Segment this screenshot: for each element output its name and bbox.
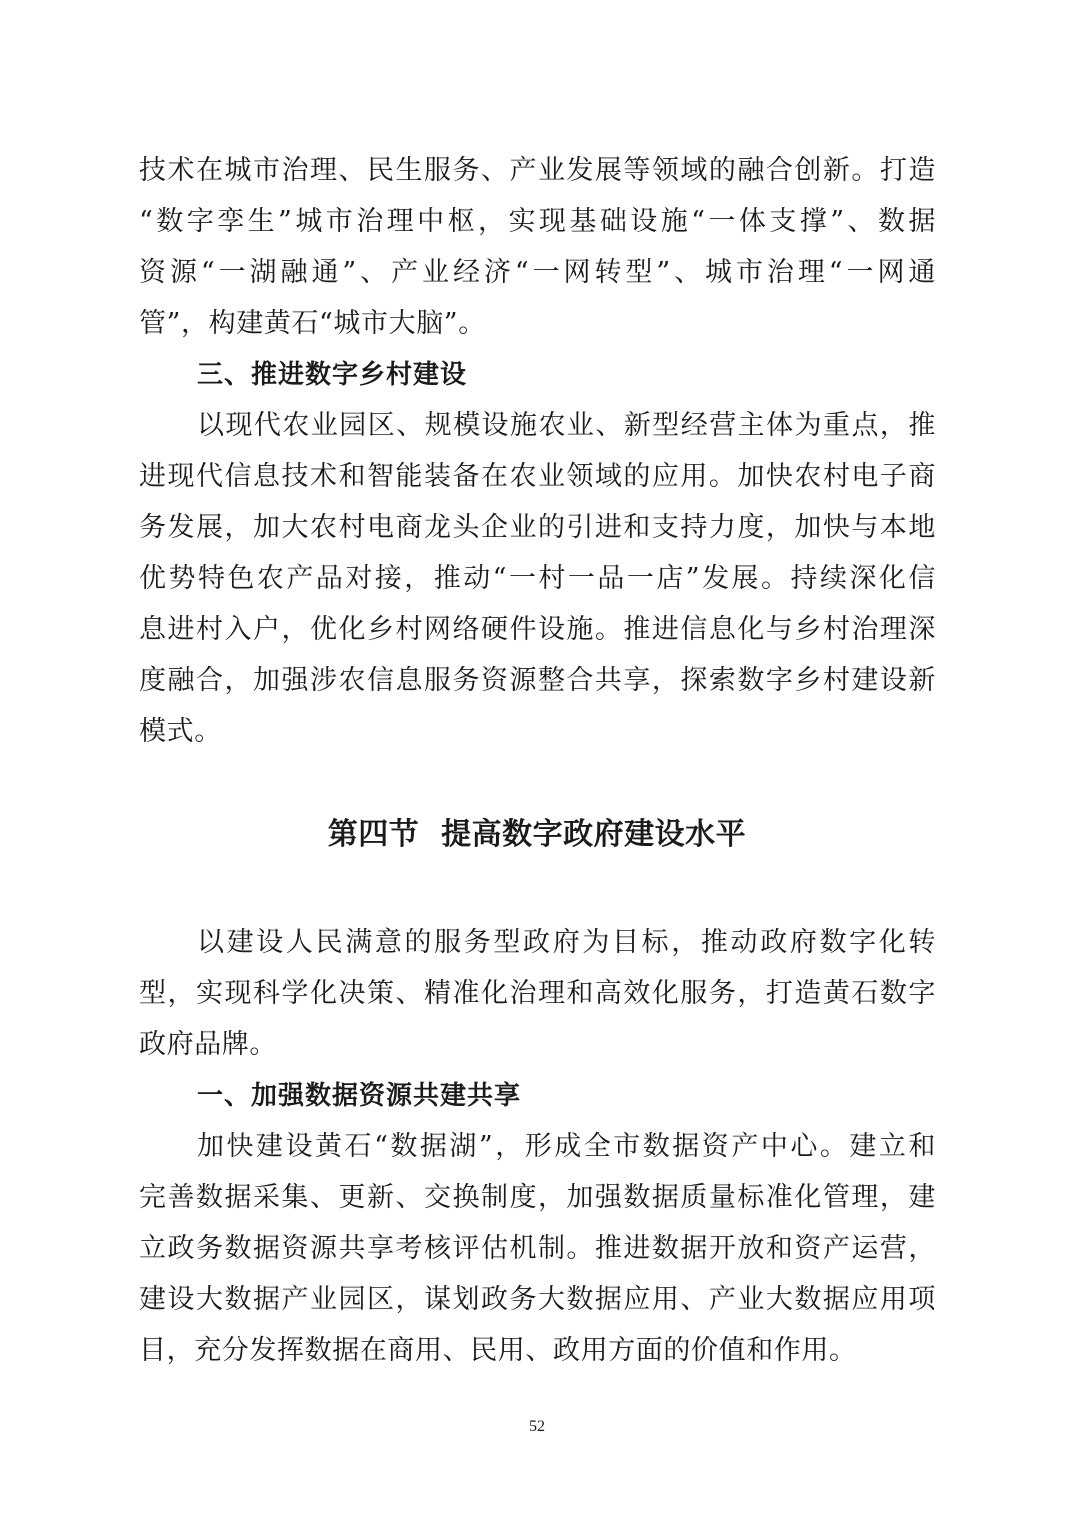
page-number: 52: [0, 1417, 1074, 1437]
text-line: 完善数据采集、更新、交换制度，加强数据质量标准化管理，建: [139, 1182, 936, 1214]
text-line: 资源“一湖融通”、产业经济“一网转型”、城市治理“一网通: [139, 257, 936, 289]
text-line: 进现代信息技术和智能装备在农业领域的应用。加快农村电子商: [139, 461, 936, 493]
text-line: 以现代农业园区、规模设施农业、新型经营主体为重点，推: [197, 410, 936, 442]
section-title: 第四节 提高数字政府建设水平: [0, 815, 1074, 855]
text-line: 建设大数据产业园区，谋划政务大数据应用、产业大数据应用项: [139, 1284, 936, 1316]
text-line: 加快建设黄石“数据湖”，形成全市数据资产中心。建立和: [197, 1131, 936, 1163]
text-line: 政府品牌。: [139, 1029, 936, 1061]
text-line: 息进村入户，优化乡村网络硬件设施。推进信息化与乡村治理深: [139, 614, 936, 646]
subsection-heading-data-sharing: 一、加强数据资源共建共享: [197, 1080, 521, 1112]
text-line: 管”，构建黄石“城市大脑”。: [139, 308, 936, 340]
text-line: 立政务数据资源共享考核评估机制。推进数据开放和资产运营，: [139, 1233, 936, 1265]
text-line: “数字孪生”城市治理中枢，实现基础设施“一体支撑”、数据: [139, 206, 936, 238]
text-line: 度融合，加强涉农信息服务资源整合共享，探索数字乡村建设新: [139, 665, 936, 697]
subsection-heading-digital-village: 三、推进数字乡村建设: [197, 359, 467, 391]
text-line: 以建设人民满意的服务型政府为目标，推动政府数字化转: [197, 927, 936, 959]
text-line: 型，实现科学化决策、精准化治理和高效化服务，打造黄石数字: [139, 978, 936, 1010]
text-line: 务发展，加大农村电商龙头企业的引进和支持力度，加快与本地: [139, 512, 936, 544]
text-line: 优势特色农产品对接，推动“一村一品一店”发展。持续深化信: [139, 563, 936, 595]
text-line: 模式。: [139, 716, 936, 748]
text-line: 技术在城市治理、民生服务、产业发展等领域的融合创新。打造: [139, 155, 936, 187]
text-line: 目，充分发挥数据在商用、民用、政用方面的价值和作用。: [139, 1335, 936, 1367]
